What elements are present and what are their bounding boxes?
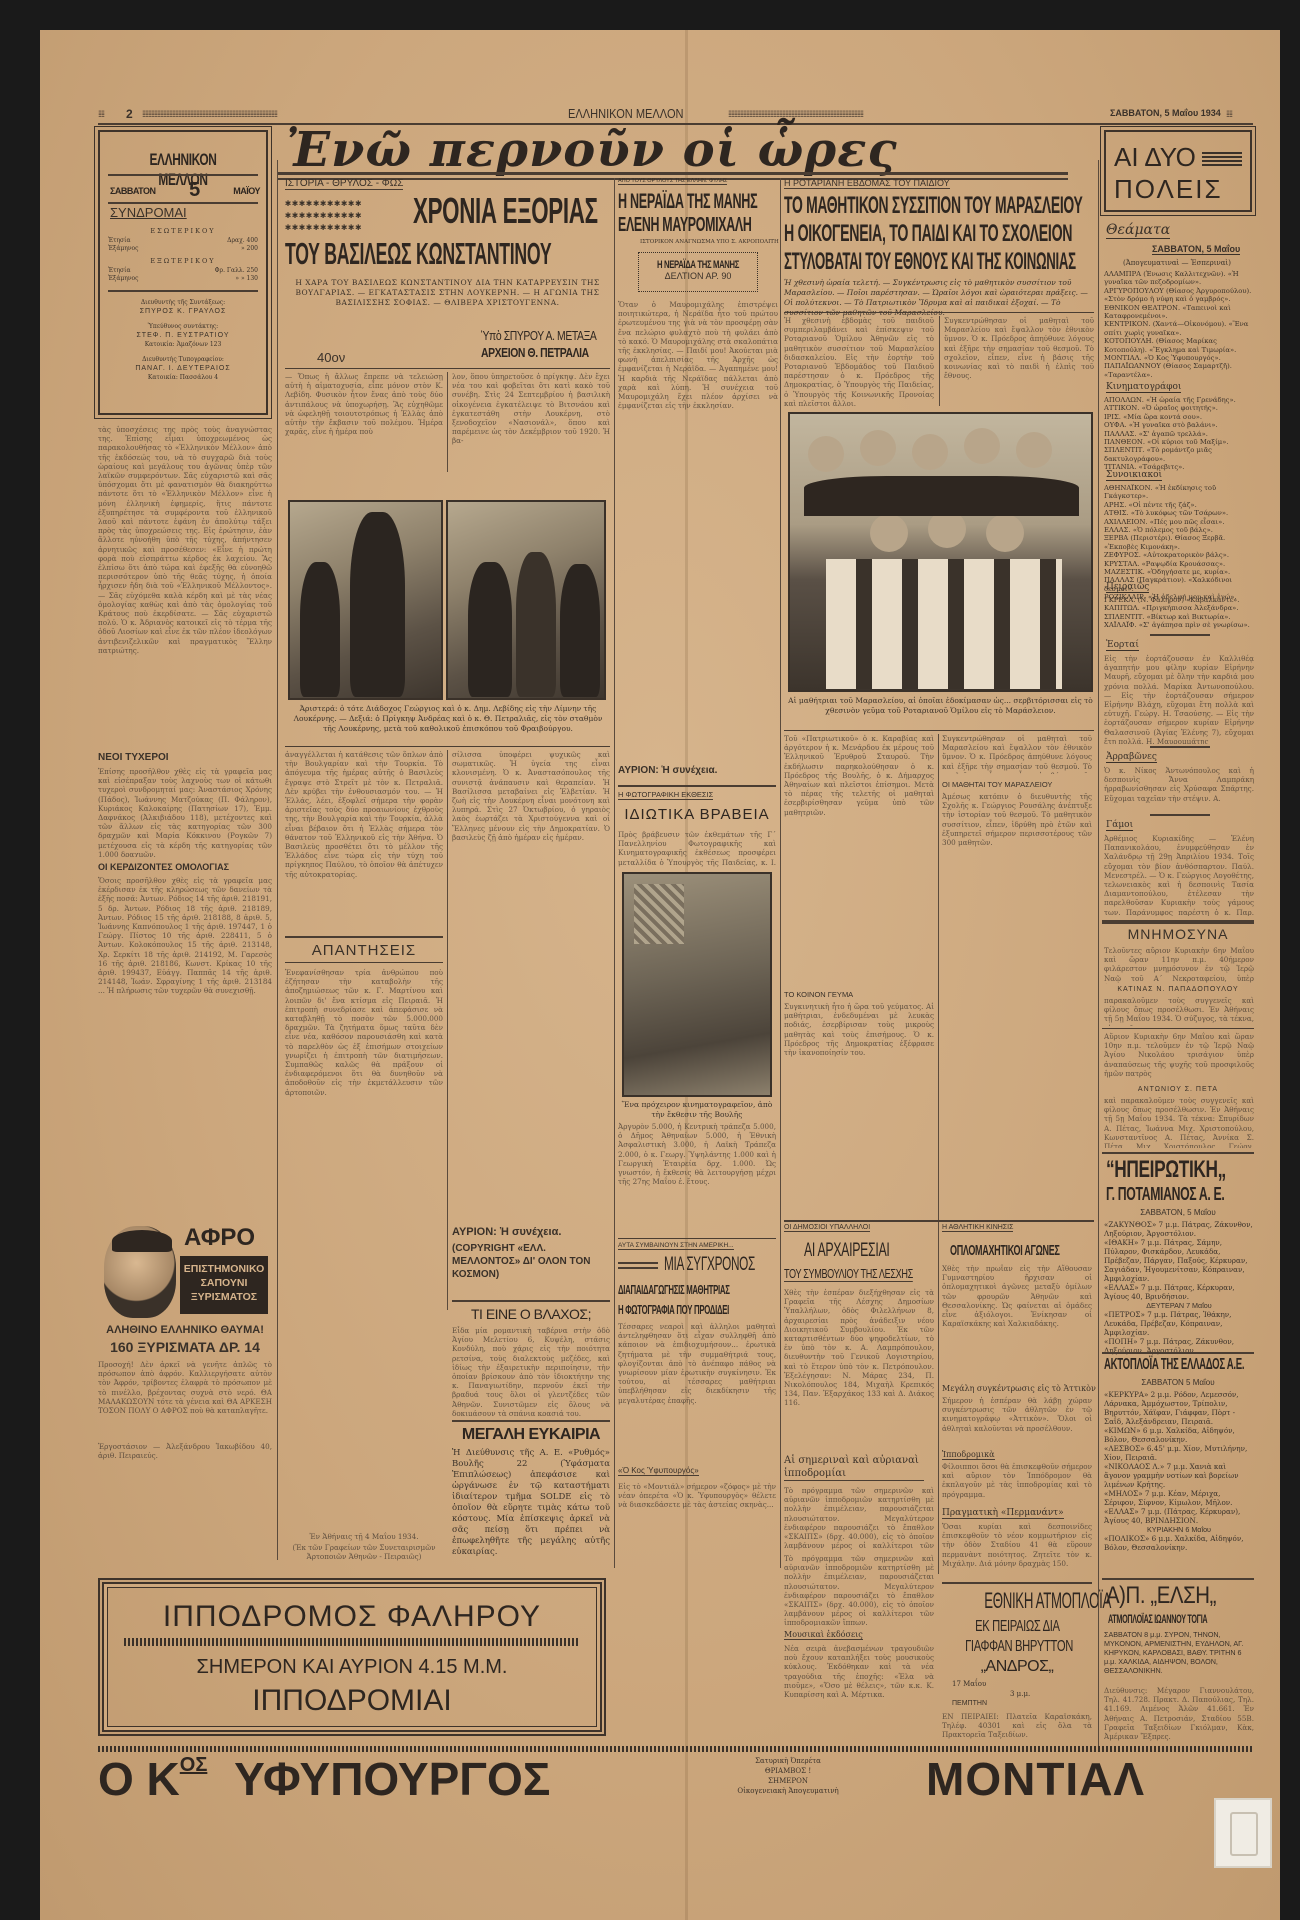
section-rule	[452, 1420, 610, 1422]
photo-exhibit-caption: Ἕνα πρόχειρον κινηματογραφεῖον, ἀπὸ τὴν …	[618, 1100, 776, 1120]
school-title-line3: ΣΤΥΛΟΒΑΤΑΙ ΤΟΥ ΕΘΝΟΥΣ ΚΑΙ ΤΗΣ ΚΟΙΝΩΝΙΑΣ	[784, 248, 1076, 276]
section-title: Ἐνῶ περνοῦν οἱ ὧρες	[286, 122, 898, 178]
newspaper-page: ⁞⁞⁞⁞ 2 ⁞⁞⁞⁞⁞⁞⁞⁞⁞⁞⁞⁞⁞⁞⁞⁞⁞⁞⁞⁞⁞⁞⁞⁞⁞⁞⁞⁞⁞⁞⁞⁞⁞…	[40, 30, 1280, 1920]
sports-text: Χθὲς τὴν πρωΐαν εἰς τὴν Αἴθουσαν Γυμναστ…	[942, 1264, 1092, 1380]
section-rule	[942, 1582, 1092, 1584]
engagements-text: Ὁ κ. Νίκος Ἀντωνόπουλος καὶ ἡ δεσποινὶς …	[1104, 766, 1254, 810]
hippodrome-title: ΙΠΠΟΔΡΟΜΟΣ ΦΑΛΗΡΟΥ	[104, 1600, 600, 1634]
sports-title: ΟΠΛΟΜΑΧΗΤΙΚΟΙ ΑΓΩΝΕΣ	[950, 1242, 1060, 1259]
route-item: «ΙΘΑΚΗ» 7 μ.μ. Πάτρας, Σάμην, Πύλαρον, Φ…	[1104, 1238, 1254, 1283]
piraeus-heading: Πειραιῶς	[1106, 582, 1149, 593]
suburban-item: ΑΡΗΣ. «Οἱ πέντε τῆς ζάζ».	[1104, 501, 1254, 509]
cinema-item: ΙΡΙΣ. «Μία ὥρα κοντά σου».	[1104, 413, 1254, 421]
route-item: «ΚΙΜΩΝ» 6 μ.μ. Χαλκίδα, Αἰδηψόν, Βόλον, …	[1104, 1426, 1254, 1444]
route-item: «ΠΕΤΡΟΣ» 7 μ.μ. Πάτρας, Ἰθάκην, Λευκάδα,…	[1104, 1310, 1254, 1337]
national-time: 3 μ.μ.	[1010, 1690, 1030, 1698]
divider	[1150, 634, 1210, 636]
civil-text: Χθὲς τὴν ἑσπέραν διεξήχθησαν εἰς τὰ Γραφ…	[784, 1288, 934, 1448]
suburban-item: ΞΕΡΒΑ (Περιστέρι). Θίασος Ξερβᾶ. «Ἐκποβὲ…	[1104, 534, 1254, 551]
civil-title-line1: ΑΙ ΑΡΧΑΙΡΕΣΙΑΙ	[804, 1240, 889, 1262]
replies-title: ΑΠΑΝΤΗΣΕΙΣ	[285, 942, 443, 959]
modern-text: Τέσσαρες νεαροὶ καὶ ἀλληλοι μαθηταὶ ἀντε…	[618, 1322, 776, 1457]
shows-date: ΣΑΒΒΑΤΟΝ, 5 Μαΐου	[1152, 244, 1240, 255]
fairy-text: Ὅταν ὁ Μαυρομιχάλης ἐπιστρέψει ποιητικώτ…	[618, 300, 778, 760]
exile-installment: 40ον	[317, 350, 345, 365]
bonds-text: Ὅσοις προσῆλθον χθὲς εἰς τὰ γραφεῖα μας …	[98, 876, 272, 1211]
races-text: Τὸ πρόγραμμα τῶν σημερινῶν καὶ αὐριανῶν …	[784, 1486, 934, 1550]
photo-crown-prince-george	[288, 500, 443, 700]
school-text-left: Ἡ χθεσινὴ ἑβδομὰς τοῦ παιδιοῦ συμπεριλαμ…	[784, 316, 934, 406]
aktoploia-date: ΣΑΒΒΑΤΟΝ 5 Μαΐου	[1102, 1378, 1254, 1387]
domestic-label: ΕΣΩΤΕΡΙΚΟΥ	[100, 227, 266, 235]
route-item: «ΕΛΛΑΣ» 7 μ.μ. Πάτρας, Κέρκυραν, Ἁγίους …	[1104, 1283, 1254, 1301]
aktoploia-routes: «ΚΕΡΚΥΡΑ» 2 μ.μ. Ρόδον, Λεμεσσόν, Λάρνακ…	[1104, 1390, 1254, 1552]
photo-exhibit-title: ΙΔΙΩΤΙΚΑ ΒΡΑΒΕΙΑ	[618, 806, 776, 823]
box-day: ΣΑΒΒΑΤΟΝ	[110, 186, 156, 196]
theater-item: ΚΕΝΤΡΙΚΟΝ. (Χαντά—Οἰκονόμου). «Ἕνα σπίτι…	[1104, 320, 1254, 337]
theater-item: ΕΘΝΙΚΟΝ ΘΕΑΤΡΟΝ. «Ταπεινοὶ καὶ Καταφρονε…	[1104, 304, 1254, 321]
route-item: «ΝΙΚΟΛΑΟΣ Λ.» 7 μ.μ. Χανιὰ καὶ ἄγονον γρ…	[1104, 1462, 1254, 1489]
hippodrome-schedule: ΣΗΜΕΡΟΝ ΚΑΙ ΑΥΡΙΟΝ 4.15 Μ.Μ.	[104, 1656, 600, 1679]
article-rule	[285, 746, 610, 747]
person-silhouette	[560, 564, 600, 697]
suburban-item: ΑΧΙΛΛΕΙΟΝ. «Πές μου πῶς εἶσαι».	[1104, 518, 1254, 526]
box-date: ΣΑΒΒΑΤΟΝ 5 ΜΑΪΟΥ	[110, 179, 260, 202]
suburban-item: ΖΕΦΥΡΟΣ. «Αὐτοκρατορικὸν βάλς».	[1104, 551, 1254, 559]
column-rule	[614, 178, 615, 1568]
elsi-schedule: ΣΑΒΒΑΤΟΝ 8 μ.μ. ΣΥΡΟΝ, ΤΗΝΟΝ, ΜΥΚΟΝΟΝ, Α…	[1104, 1630, 1254, 1675]
modern-title-line2: ΔΙΑΠΑΙΔΑΓΩΓΗΣΙΣ ΜΑΘΗΤΡΙΑΣ	[618, 1282, 730, 1297]
masthead-ornament: ⁞⁞⁞⁞⁞⁞⁞⁞⁞⁞⁞⁞⁞⁞⁞⁞⁞⁞⁞⁞⁞⁞⁞⁞⁞⁞⁞⁞⁞⁞⁞⁞⁞⁞⁞⁞⁞⁞⁞⁞…	[728, 109, 1128, 120]
section-rule	[1102, 1578, 1254, 1580]
exile-kicker: ΙΣΤΟΡΙΑ - ΘΡΥΛΟΣ - ΦΩΣ	[285, 178, 403, 190]
photo-exhibit-kicker: Η ΦΩΤΟΓΡΑΦΙΚΗ ΕΚΘΕΣΙΣ	[618, 790, 713, 800]
ornament-rule	[618, 1262, 658, 1264]
music-text: Νέα σειρὰ ἀνεβασμένων τραγουδιῶν ποὺ ἔχο…	[784, 1644, 934, 1740]
title-rule	[278, 172, 1068, 175]
student-face	[870, 514, 908, 552]
foreign-rates: ἘτησίαΦρ. Γαλλ. 250 Ἑξάμηνος» » 130	[108, 267, 258, 283]
aktoploia-title: ΑΚΤΟΠΛΟΪΑ ΤΗΣ ΕΛΛΑΔΟΣ Α.Ε.	[1104, 1356, 1244, 1374]
masthead-ornament-right: ⁞⁞⁞⁞	[1226, 109, 1250, 120]
subscription-box: ΕΛΛΗΝΙΚΟΝ ΜΕΛΛΟΝ ΣΑΒΒΑΤΟΝ 5 ΜΑΪΟΥ ΣΥΝΔΡΟ…	[98, 130, 268, 415]
section-rule	[784, 1220, 1094, 1222]
box-month: ΜΑΪΟΥ	[233, 186, 260, 196]
ornament-lines	[1202, 152, 1242, 168]
box-rule	[108, 290, 258, 292]
photo-prince-andreas	[446, 500, 606, 700]
national-route2: ΓΙΑΦΦΑΝ ΒΗΡΥΤΤΟΝ	[942, 1638, 1092, 1656]
column-rule	[277, 160, 278, 1560]
exile-col1-text: — Ὅπως ἡ ἄλλως ἔπρεπε νὰ τελειώσῃ αὐτὴ ἡ…	[285, 372, 443, 477]
permanent-text: Ὅσαι κυρίαι καὶ δεσποινίδες ἐπισκεφθοῦν …	[942, 1522, 1092, 1577]
route-item: «ΜΗΛΟΣ» 7 μ.μ. Κέαν, Μέριχα, Σέριφον, Σί…	[1104, 1489, 1254, 1507]
national-ship-name: „ΑΝΔΡΟΣ„	[942, 1658, 1092, 1676]
exile-col2-text: λον, ὅπου ὑπηρετοῦσε ὁ πρίγκηψ. Δὲν ἔχει…	[452, 372, 610, 477]
minister-heading: «Ὁ Κος Ὑφυπουργός»	[618, 1466, 699, 1476]
theaters-list: ΑΛΑΜΠΡΑ (Ἑνωσις Καλλιτεχνῶν). «Ἡ γυναῖκα…	[1104, 270, 1254, 379]
section-header: Ἐνῶ περνοῦν οἱ ὧρες	[278, 122, 1078, 182]
replies-text: Ἐνεφανίσθησαν τρία ἀνθρώπου ποὺ ἐζήτησαν…	[285, 968, 443, 1528]
section-rule	[618, 1238, 776, 1239]
section-rule	[1102, 1152, 1254, 1154]
national-agent: ΕΝ ΠΕΙΡΑΙΕΙ: Πλατεῖα Καραϊσκάκη, Τηλέφ. …	[942, 1712, 1092, 1740]
montial-banner: Ο ΚΟΣ ΥΦΥΠΟΥΡΓΟΣ Σατυρικὴ Ὀπερέτα ΘΡΙΑΜΒ…	[98, 1752, 1253, 1812]
montial-theater-name: ΜΟΝΤΙΑΛ	[926, 1752, 1145, 1806]
fairy-installment-box: Η ΝΕΡΑΪΔΑ ΤΗΣ ΜΑΝΗΣ ΔΕΛΤΙΟΝ ΑΡ. 90	[638, 252, 758, 292]
music-heading: Μουσικαὶ ἐκδόσεις	[784, 1630, 863, 1640]
races-heading: Αἱ σημεριναὶ καὶ αὐριαναὶ ἱπποδρομίαι	[784, 1454, 924, 1481]
piraeus-list: ΓΚΡΕΚΑ. (Ν. Φάληρον) «Καβαλκάντε». ΚΑΠΙΤ…	[1104, 596, 1254, 630]
feasts-heading: Ἑορταί	[1106, 640, 1139, 651]
student-face	[912, 434, 948, 470]
column-rule	[447, 750, 448, 1310]
person-silhouette	[300, 562, 340, 697]
school-photo-caption: Αἱ μαθήτριαι τοῦ Μαρασλείου, αἱ ὁποῖαι ἐ…	[788, 696, 1093, 716]
cinemas-heading: Κινηματογράφοι	[1106, 382, 1181, 393]
exile-col4-text: σίλισσα ὑποφέρει ψυχικῶς καὶ σωματικῶς. …	[452, 750, 610, 1220]
fairy-box-title: Η ΝΕΡΑΪΔΑ ΤΗΣ ΜΑΝΗΣ	[657, 259, 740, 271]
student-face	[1016, 432, 1052, 468]
shows-heading: Θεάματα	[1106, 222, 1170, 239]
page-number: 2	[126, 107, 133, 121]
route-item: «ΠΟΛΙΚΟΣ» 6 μ.μ. Χαλκίδα, Αἰδηψόν, Βόλον…	[1104, 1534, 1254, 1552]
fairy-kicker: ΑΠΟ ΤΟΥΣ ΘΡΥΛΟΥΣ ΤΗΣ ΕΛΛΗΝ. ΦΥΛΗΣ	[618, 178, 727, 185]
student-dresses	[804, 476, 1079, 516]
students-text: Ἀμέσως κατόπιν ὁ διευθυντὴς τῆς Σχολῆς κ…	[942, 792, 1092, 1212]
exile-title-line1: ΧΡΟΝΙΑ ΕΞΟΡΙΑΣ	[413, 190, 598, 232]
two-cities-header: ΑΙ ΔΥΟ ΠΟΛΕΙΣ	[1104, 130, 1252, 212]
student-aprons	[826, 559, 1062, 689]
subscriptions-heading: ΣΥΝΔΡΟΜΑΙ	[110, 205, 187, 220]
hippodrome-ornament	[124, 1638, 580, 1646]
column-rule	[780, 178, 781, 1568]
divider	[1150, 746, 1210, 748]
permanent-heading: Πραγματικὴ «Περμανάντ»	[942, 1508, 1064, 1519]
civil-kicker: ΟΙ ΔΗΜΟΣΙΟΙ ΥΠΑΛΛΗΛΟΙ	[784, 1224, 870, 1232]
memorials-text1: Τελοῦντες αὔριον Κυριακὴν 6ην Μαΐου καὶ …	[1104, 946, 1254, 984]
new-winners-text: Ἐπίσης προσῆλθον χθὲς εἰς τὰ γραφεῖα μας…	[98, 767, 272, 857]
divider	[1102, 1028, 1254, 1029]
minister-text: Εἰς τὸ «Μοντιάλ» σήμερον «ζόφος» μὲ τὴν …	[618, 1482, 776, 1562]
person-silhouette	[350, 512, 405, 697]
window-detail	[634, 884, 684, 944]
replies-signoff-date: Ἐν Ἀθήναις τῇ 4 Μαΐου 1934.	[285, 1532, 443, 1542]
article-rule	[784, 312, 1094, 313]
school-title-line2: Η ΟΙΚΟΓΕΝΕΙΑ, ΤΟ ΠΑΙΔΙ ΚΑΙ ΤΟ ΣΧΟΛΕΙΟΝ	[784, 220, 1072, 248]
banner-middle-info: Σατυρικὴ Ὀπερέτα ΘΡΙΑΜΒΟΣ ! ΣΗΜΕΡΟΝ Οἰκο…	[728, 1756, 848, 1796]
section-rule	[1102, 1352, 1254, 1354]
column-rule	[1098, 160, 1099, 1750]
elsi-address: Διεύθυνσις: Μέγαρον Γιαννουλάτου, Τηλ. 4…	[1104, 1686, 1254, 1746]
student-face	[860, 430, 896, 466]
winner-interview-text: τὰς ὑποσχέσεις της πρὸς τοὺς ἀναγνώστας …	[98, 425, 272, 750]
fairy-continued: ΑΥΡΙΟΝ: Ἡ συνέχεια.	[618, 765, 717, 776]
route-item: «ΖΑΚΥΝΘΟΣ» 7 μ.μ. Πάτρας, Ζάκυνθον, Ληξο…	[1104, 1220, 1254, 1238]
two-cities-line2: ΠΟΛΕΙΣ	[1114, 174, 1223, 205]
national-day: ΠΕΜΠΤΗΝ	[952, 1700, 987, 1707]
memorials-name1: ΚΑΤΙΝΑΣ Ν. ΠΑΠΑΔΟΠΟΥΛΟΥ	[1102, 986, 1254, 993]
bargain-text: Ἡ Διεύθυνσις τῆς Α. Ε. «Ρυθμός» Βουλῆς 2…	[452, 1448, 610, 1558]
route-item: «ΛΕΣΒΟΣ» 6.45' μ.μ. Χίον, Μυτιλήνην, Χίο…	[1104, 1444, 1254, 1462]
piraeus-item: ΚΑΠΙΤΩΛ. «Πριγκήπισσα Ἀλεξάνδρα».	[1104, 604, 1254, 612]
box-rule	[108, 202, 258, 204]
civil-title-line2: ΤΟΥ ΣΥΜΒΟΥΛΙΟΥ ΤΗΣ ΛΕΣΧΗΣ	[784, 1266, 913, 1282]
meeting-heading: Μεγάλη συγκέντρωσις εἰς τὸ Ἀττικὸν	[942, 1384, 1096, 1393]
section-rule	[1102, 920, 1254, 924]
fairy-subtitle: ΙΣΤΟΡΙΚΟΝ ΑΝΑΓΝΩΣΜΑ ΥΠΟ Σ. ΑΚΡΟΠΟΛΙΤΗ	[640, 239, 779, 245]
bargain-title: ΜΕΓΑΛΗ ΕΥΚΑΙΡΙΑ	[452, 1426, 610, 1444]
column-rule	[447, 372, 448, 472]
vlachos-title: ΤΙ ΕΙΝΕ Ο ΒΛΑΧΟΣ;	[452, 1306, 610, 1322]
elsi-title: Α)Π. „ΕΛΣΗ„	[1106, 1582, 1216, 1610]
student-face	[808, 436, 844, 472]
route-date: ΔΕΥΤΕΡΑΝ 7 Μαΐου	[1104, 1301, 1254, 1310]
afro-soap-ad: ΑΦΡΟ ΕΠΙΣΤΗΜΟΝΙΚΟ ΣΑΠΟΥΝΙ ΞΥΡΙΣΜΑΤΟΣ ΑΛΗ…	[98, 1222, 272, 1482]
vlachos-text: Εἶδα μία ρομαντικὴ ταβέρνα στὴν ὁδὸ Ἁγίο…	[452, 1326, 610, 1416]
replies-signoff: (Ἐκ τῶν Γραφείων τῶν Συνεταιρισμῶν Ἀρτοπ…	[285, 1543, 443, 1563]
afro-footer: Ἐργοστάσιον — Ἀλεξάνδρου Ἰακωβίδου 40, ἀ…	[98, 1442, 272, 1462]
modern-kicker: ΑΥΤΑ ΣΥΜΒΑΙΝΟΥΝ ΣΤΗΝ ΑΜΕΡΙΚΗ...	[618, 1242, 734, 1250]
piraeus-item: ΣΠΛΕΝΤΙΤ. «Βίκτωρ καὶ Βικτωρία».	[1104, 613, 1254, 621]
theater-item: ΑΡΓΥΡΟΠΟΥΛΟΥ (Θίασος Ἀργυροπούλου). «Στὸ…	[1104, 287, 1254, 304]
masthead-ornament: ⁞⁞⁞⁞⁞⁞⁞⁞⁞⁞⁞⁞⁞⁞⁞⁞⁞⁞⁞⁞⁞⁞⁞⁞⁞⁞⁞⁞⁞⁞⁞⁞⁞⁞⁞⁞⁞⁞⁞⁞…	[142, 109, 562, 120]
photo-cinema-booth	[622, 872, 772, 1097]
seal-emblem-icon	[1230, 1812, 1258, 1856]
meeting-text: Σήμερον ἡ ἑσπέραν θὰ λάβῃ χώραν συγκέντρ…	[942, 1396, 1092, 1446]
two-cities-line1: ΑΙ ΔΥΟ	[1114, 142, 1196, 173]
hippodrome-ad: ΙΠΠΟΔΡΟΜΟΣ ΦΑΛΗΡΟΥ ΣΗΜΕΡΟΝ ΚΑΙ ΑΥΡΙΟΝ 4.…	[98, 1578, 606, 1736]
modern-title-line1: ΜΙΑ ΣΥΓΧΡΟΝΟΣ	[664, 1254, 755, 1276]
hippodrome-text: Φίλοιπποι ὅσοι θὰ ἐπισκεφθοῦν σήμερον κα…	[942, 1462, 1092, 1502]
bonds-heading: ΟΙ ΚΕΡΔΙΖΟΝΤΕΣ ΟΜΟΛΟΓΙΑΣ	[98, 862, 229, 872]
cinema-item: ΠΑΝΘΕΟΝ. «Οἱ κύριοι τοῦ Μαξίμ».	[1104, 438, 1254, 446]
minister-play-title: Ο ΚΟΣ ΥΦΥΠΟΥΡΓΟΣ	[98, 1752, 550, 1806]
national-shipping-title: ΕΘΝΙΚΗ ΑΤΜΟΠΛΟΪΑ	[942, 1588, 1092, 1614]
photo-exhibit-text: Πρὸς βράβευσιν τῶν ἐκθεμάτων τῆς Γ΄ Πανε…	[618, 830, 776, 868]
afro-tagline: ΑΛΗΘΙΝΟ ΕΛΛΗΝΙΚΟ ΘΑΥΜΑ!	[98, 1324, 272, 1336]
domestic-rates: ἘτησίαΔραχ. 400 Ἑξάμηνος» 200	[108, 237, 258, 253]
sports-kicker: Η ΑΘΛΗΤΙΚΗ ΚΙΝΗΣΙΣ	[942, 1224, 1013, 1232]
piraeus-item: ΧΑΪΛΑΪΦ. «Σ' ἀγάπησα πρὶν σὲ γνωρίσω».	[1104, 621, 1254, 629]
route-item: «ΕΛΛΑΣ» 7 μ.μ. (Πάτρας, Κέρκυραν), Ἁγίου…	[1104, 1507, 1254, 1525]
races-text-continued: Τὸ πρόγραμμα τῶν σημερινῶν καὶ αὐριανῶν …	[784, 1554, 934, 1626]
cinema-item: ΠΑΛΛΑΣ. «Σ' ἀγαπῶ τρελλά».	[1104, 430, 1254, 438]
theater-item: ΚΟΤΟΠΟΥΛΗ. (Θίασος Μαρίκας Κοτοπούλη). «…	[1104, 337, 1254, 354]
memorials-text3: Αὔριον Κυριακὴν 6ην Μαΐου καὶ ὥραν 10ην …	[1104, 1032, 1254, 1084]
exile-article-header: ΙΣΤΟΡΙΑ - ΘΡΥΛΟΣ - ΦΩΣ ✱✱✱✱✱✱✱✱✱✱✱✱✱✱✱✱✱…	[285, 178, 610, 508]
exile-title-line2: ΤΟΥ ΒΑΣΙΛΕΩΣ ΚΩΝΣΤΑΝΤΙΝΟΥ	[285, 236, 551, 272]
masthead-ornament-left: ⁞⁞⁞⁞	[98, 109, 118, 120]
memorials-text4: καὶ παρακαλοῦμεν τοὺς συγγενεῖς καὶ φίλο…	[1104, 1096, 1254, 1148]
ornament-rule	[618, 1267, 658, 1269]
person-silhouette	[516, 552, 556, 697]
foreign-label: ΕΞΩΤΕΡΙΚΟΥ	[100, 257, 266, 265]
star-ornament: ✱✱✱✱✱✱✱✱✱✱✱✱✱✱✱✱✱✱✱✱✱✱✱✱✱✱✱✱✱✱✱✱✱	[285, 198, 362, 234]
library-seal	[1214, 1798, 1272, 1868]
theater-item: ΠΑΠΑΪΩΑΝΝΟΥ (Θίασος Σαμαρτζῆ). «Ταραντέλ…	[1104, 362, 1254, 379]
weddings-text: Ἀρθέμιος Κυριακίδης — Ἑλένη Παπανικολάου…	[1104, 834, 1254, 916]
suburban-item: ΜΑΖΕΣΤΙΚ. «Ὁδηγήσατε με, κυρία».	[1104, 568, 1254, 576]
school-title-line1: ΤΟ ΜΑΘΗΤΙΚΟΝ ΣΥΣΣΙΤΙΟΝ ΤΟΥ ΜΑΡΑΣΛΕΙΟΥ	[784, 192, 1083, 220]
memorials-text2: παρακαλοῦμεν τοὺς συγγενεῖς καὶ φίλους ὅ…	[1104, 996, 1254, 1026]
new-winners-heading: ΝΕΟΙ ΤΥΧΕΡΟΙ	[98, 752, 169, 763]
epirotiki-date: ΣΑΒΒΑΤΟΝ, 5 Μαΐου	[1102, 1208, 1254, 1217]
photo-students	[788, 412, 1093, 692]
school-body-right: Συγκεντρώθησαν οἱ μαθηταὶ τοῦ Μαρασλείου…	[942, 734, 1092, 774]
hippodrome-event: ΙΠΠΟΔΡΟΜΙΑΙ	[104, 1684, 600, 1718]
exile-photo-caption: Ἀριστερά: ὁ τότε Διάδοχος Γεώργιος καὶ ὁ…	[288, 704, 608, 734]
exile-archive: ΑΡΧΕΙΟΝ Θ. ΠΕΤΡΑΛΙΑ	[481, 345, 589, 360]
suburban-item: ΑΤΘΙΣ. «Τὸ λυκόφως τῶν Τσάρων».	[1104, 509, 1254, 517]
piraeus-item: ΓΚΡΕΚΑ. (Ν. Φάληρον) «Καβαλκάντε».	[1104, 596, 1254, 604]
shows-sub: (Ἀπογευματιναὶ — Ἑσπεριναὶ)	[1102, 259, 1252, 267]
feasts-text: Εἰς τὴν ἑορτάζουσαν ἐν Καλλιθέᾳ ἀγαπητήν…	[1104, 654, 1254, 744]
fairy-box-number: ΔΕΛΤΙΟΝ ΑΡ. 90	[639, 271, 757, 281]
staff-credits: Διευθυντὴς τῆς Συντάξεως: ΣΠΥΡΟΣ Κ. ΓΡΑΥ…	[100, 298, 266, 382]
national-route1: ΕΚ ΠΕΙΡΑΙΩΣ ΔΙΑ	[942, 1618, 1092, 1636]
cinema-item: ΣΠΛΕΝΤΙΤ. «Τὸ ρομάντζο μιᾶς δακτυλογράφο…	[1104, 446, 1254, 463]
afro-offer: 160 ΞΥΡΙΣΜΑΤΑ ΔΡ. 14	[98, 1339, 272, 1355]
engagements-heading: Ἀρραβῶνες	[1106, 752, 1157, 763]
suburban-item: ΑΘΗΝΑΪΚΟΝ. «Ἡ ἐκδίκησις τοῦ Γκάγκστερ».	[1104, 484, 1254, 501]
meal-heading: ΤΟ ΚΟΙΝΟΝ ΓΕΥΜΑ	[784, 990, 853, 999]
route-date: ΚΥΡΙΑΚΗΝ 6 Μαΐου	[1104, 1525, 1254, 1534]
section-rule	[285, 936, 443, 938]
epirotiki-sub: Γ. ΠΟΤΑΜΙΑΝΟΣ Α. Ε.	[1106, 1184, 1224, 1205]
student-face	[986, 514, 1024, 552]
school-kicker: Η ΡΟΤΑΡΙΑΝΗ ΕΒΔΟΜΑΣ ΤΟΥ ΠΑΙΔΙΟΥ	[784, 178, 950, 189]
route-item: «ΚΕΡΚΥΡΑ» 2 μ.μ. Ρόδον, Λεμεσσόν, Λάρνακ…	[1104, 1390, 1254, 1426]
exile-subtitle: Η ΧΑΡΑ ΤΟΥ ΒΑΣΙΛΕΩΣ ΚΩΝΣΤΑΝΤΙΝΟΥ ΔΙΑ ΤΗΝ…	[285, 278, 610, 308]
suburban-heading: Συνοικιακοὶ	[1106, 470, 1162, 481]
epirotiki-title: “ΗΠΕΙΡΩΤΙΚΗ„	[1106, 1156, 1226, 1184]
article-rule	[784, 730, 1094, 731]
weddings-heading: Γάμοι	[1106, 820, 1133, 831]
hippodrome-heading: Ἱπποδρομικὰ	[942, 1450, 995, 1460]
fairy-title-line1: Η ΝΕΡΑΪΔΑ ΤΗΣ ΜΑΝΗΣ	[618, 190, 757, 214]
national-date: 17 Μαΐου	[952, 1680, 986, 1688]
section-rule	[618, 785, 776, 787]
student-face	[964, 428, 1000, 464]
cinema-item: ΑΤΤΙΚΟΝ. «Ὁ ὡραῖος φοιτητής».	[1104, 404, 1254, 412]
issue-date: ΣΑΒΒΑΤΟΝ, 5 Μαΐου 1934	[1110, 108, 1221, 118]
memorials-name2: ΑΝΤΩΝΙΟΥ Σ. ΠΕΤΑ	[1102, 1086, 1254, 1093]
copyright-notice: (COPYRIGHT «ΕΛΛ. ΜΕΛΛΟΝΤΟΣ» ΔΙ' ΟΛΟΝ ΤΟΝ…	[452, 1242, 610, 1281]
photo-exhibit-prizes: Ἀργυρὸν 5.000, ἡ Κεντρικὴ τράπεζα 5.000,…	[618, 1122, 776, 1232]
section-rule	[452, 1300, 610, 1302]
elsi-sub: ΑΤΜΟΠΛΟΪΑΣ ΙΩΑΝΝΟΥ ΤΟΓΙΑ	[1108, 1612, 1207, 1626]
afro-brand: ΑΦΡΟ	[184, 1224, 255, 1252]
theater-item: ΑΛΑΜΠΡΑ (Ἑνωσις Καλλιτεχνῶν). «Ἡ γυναῖκα…	[1104, 270, 1254, 287]
box-rule	[108, 174, 258, 176]
article-rule	[285, 368, 610, 369]
modern-title-line3: Η ΦΩΤΟΓΡΑΦΙΑ ΠΟΥ ΠΡΟΔΙΔΕΙ	[618, 1302, 729, 1317]
exile-continued: ΑΥΡΙΟΝ: Ἡ συνέχεια.	[452, 1226, 561, 1238]
exile-author: Ὑπὸ ΣΠΥΡΟΥ Α. ΜΕΤΑΞΑ	[481, 328, 596, 343]
epirotiki-routes: «ΖΑΚΥΝΘΟΣ» 7 μ.μ. Πάτρας, Ζάκυνθον, Ληξο…	[1104, 1220, 1254, 1355]
hair-illustration	[112, 1230, 172, 1252]
afro-body: Προσοχή! Δὲν ἀρκεῖ νὰ γενῆτε ἀπλῶς τὸ πρ…	[98, 1360, 272, 1440]
person-silhouette	[468, 562, 512, 697]
section-rule	[285, 962, 443, 963]
column-rule	[939, 316, 940, 406]
divider	[1150, 814, 1210, 816]
paper-name: ΕΛΛΗΝΙΚΟΝ ΜΕΛΛΟΝ	[568, 106, 684, 121]
masthead-strip: ⁞⁞⁞⁞ 2 ⁞⁞⁞⁞⁞⁞⁞⁞⁞⁞⁞⁞⁞⁞⁞⁞⁞⁞⁞⁞⁞⁞⁞⁞⁞⁞⁞⁞⁞⁞⁞⁞⁞…	[98, 107, 1253, 123]
column-rule	[938, 734, 939, 1574]
school-text-right: Συγκεντρώθησαν οἱ μαθηταὶ τοῦ Μαρασλείου…	[944, 316, 1094, 406]
meal-text: Συγκινητικὴ ἦτο ἡ ὥρα τοῦ γεύματος. Αἱ μ…	[784, 1002, 934, 1212]
memorials-heading: ΜΝΗΜΟΣΥΝΑ	[1102, 926, 1254, 942]
exile-col3-text: ἀναγγέλλεται ἡ κατάθεσις τῶν ὅπλων ἀπὸ τ…	[285, 750, 443, 930]
fairy-title-line2: ΕΛΕΝΗ ΜΑΥΡΟΜΙΧΑΛΗ	[618, 214, 751, 237]
cinema-item: ΟΥΦΑ. «Ἡ γυναῖκα στὸ βαλάνι».	[1104, 421, 1254, 429]
afro-label-box: ΕΠΙΣΤΗΜΟΝΙΚΟ ΣΑΠΟΥΝΙ ΞΥΡΙΣΜΑΤΟΣ	[180, 1256, 268, 1314]
students-heading: ΟΙ ΜΑΘΗΤΑΙ ΤΟΥ ΜΑΡΑΣΛΕΙΟΥ	[942, 780, 1052, 789]
box-day-number: 5	[189, 179, 200, 202]
suburban-item: ΚΡΥΣΤΑΛ. «Ραψῳδία Κρουάσσας».	[1104, 560, 1254, 568]
cinemas-list: ΑΠΟΛΛΩΝ. «Ἡ ὡραία τῆς Γρενάδης». ΑΤΤΙΚΟΝ…	[1104, 396, 1254, 472]
